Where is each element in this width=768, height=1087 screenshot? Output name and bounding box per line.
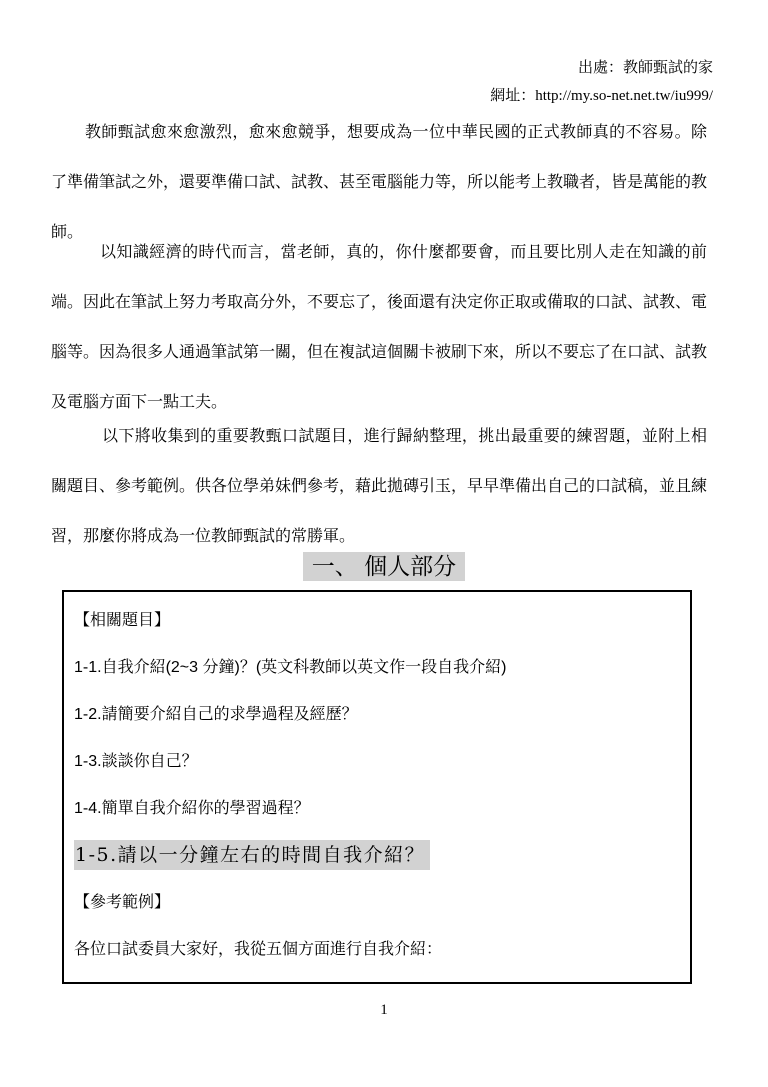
page-number: 1 xyxy=(0,999,768,1021)
document-page: 出處：教師甄試的家 網址：http://my.so-net.net.tw/iu9… xyxy=(0,0,768,1087)
knowledge-economy-paragraph: 以知識經濟的時代而言，當老師，真的，你什麼都要會，而且要比別人走在知識的前端。因… xyxy=(51,228,707,428)
collection-purpose-paragraph: 以下將收集到的重要教甄口試題目，進行歸納整理，挑出最重要的練習題，並附上相關題目… xyxy=(51,412,707,562)
question-item-1-2: 1-2.請簡要介紹自己的求學過程及經歷？ xyxy=(74,691,680,738)
question-item-1-1: 1-1.自我介紹(2~3 分鐘)？(英文科教師以英文作一段自我介紹) xyxy=(74,644,680,691)
document-header-meta: 出處：教師甄試的家 網址：http://my.so-net.net.tw/iu9… xyxy=(490,54,713,110)
section-heading-personal-part: 一、 個人部分 xyxy=(0,548,768,585)
source-label: 出處：教師甄試的家 xyxy=(490,54,713,82)
question-item-1-4: 1-4.簡單自我介紹你的學習過程？ xyxy=(74,785,680,832)
question-item-1-3: 1-3.談談你自己？ xyxy=(74,738,680,785)
question-box: 【相關題目】 1-1.自我介紹(2~3 分鐘)？(英文科教師以英文作一段自我介紹… xyxy=(62,590,692,984)
example-opening-line: 各位口試委員大家好，我從五個方面進行自我介紹： xyxy=(74,926,680,973)
question-item-1-5-highlighted: 1-5.請以一分鐘左右的時間自我介紹？ xyxy=(74,832,680,879)
question-1-5-highlight: 1-5.請以一分鐘左右的時間自我介紹？ xyxy=(74,840,430,870)
website-url: 網址：http://my.so-net.net.tw/iu999/ xyxy=(490,82,713,110)
related-topics-header: 【相關題目】 xyxy=(74,597,680,644)
reference-example-header: 【參考範例】 xyxy=(74,879,680,926)
section-heading-highlight: 一、 個人部分 xyxy=(303,552,465,581)
